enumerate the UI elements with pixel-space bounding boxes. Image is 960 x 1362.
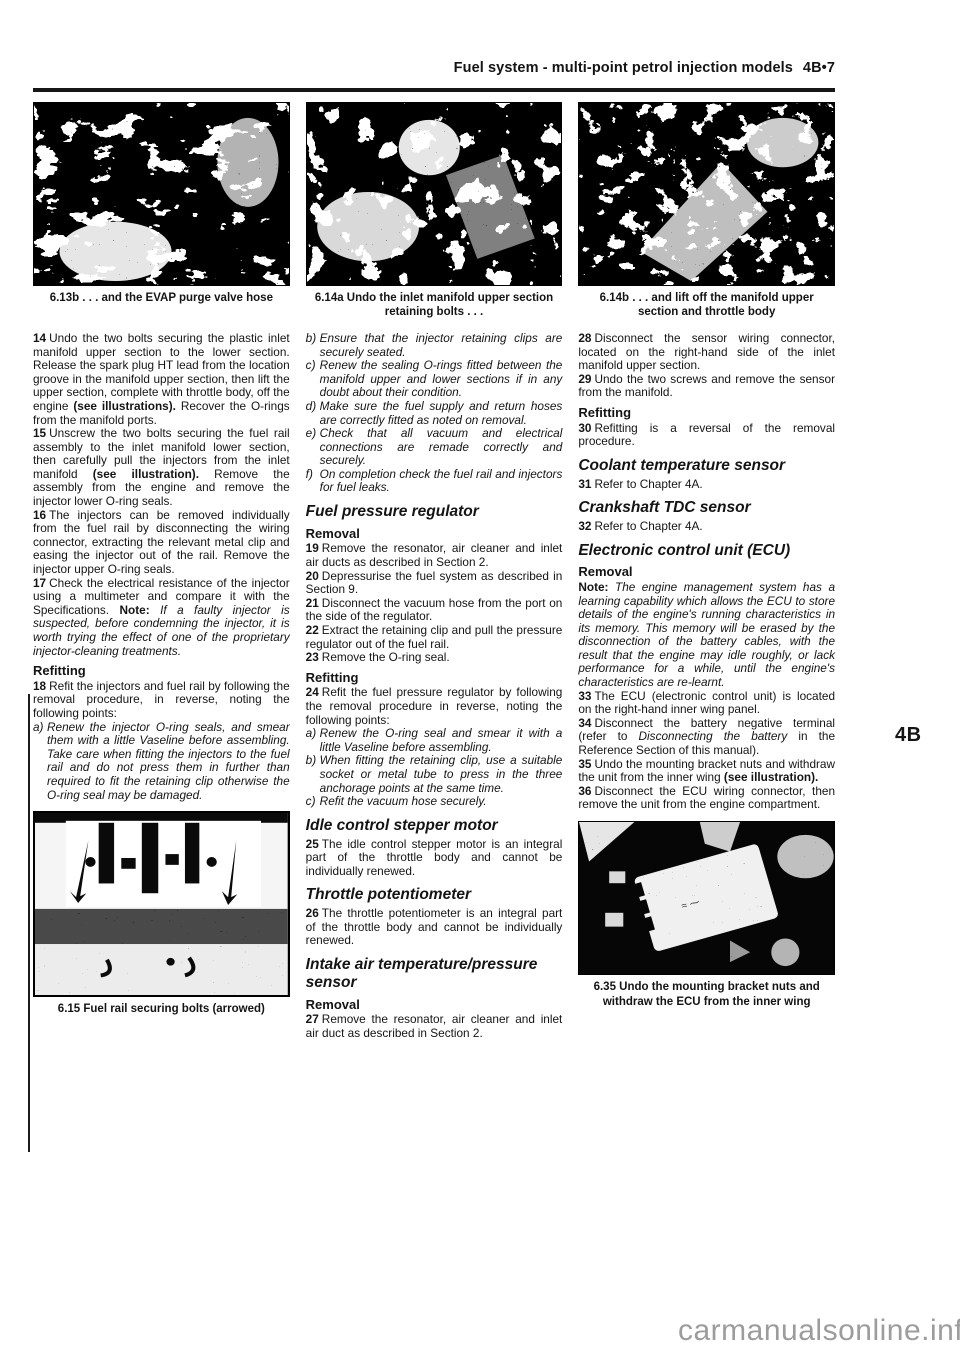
list-text: Renew the injector O-ring seals, and sme…: [47, 721, 290, 803]
para-text: Remove the O-ring seal.: [322, 650, 450, 664]
list-label: b): [306, 754, 320, 795]
para-number: 35: [578, 757, 594, 771]
para-text: Refer to Chapter 4A.: [594, 477, 702, 491]
bold-ref: (see illustration).: [724, 770, 818, 784]
para-27: 27Remove the resonator, air cleaner and …: [306, 1013, 563, 1040]
column-3: 28Disconnect the sensor wiring connector…: [578, 332, 835, 1040]
para-text: Remove the resonator, air cleaner and in…: [306, 1012, 563, 1040]
figure-615: 6.15 Fuel rail securing bolts (arrowed): [33, 811, 290, 1017]
para-text: The idle control stepper motor is an int…: [306, 837, 563, 878]
para-23: 23Remove the O-ring seal.: [306, 651, 563, 665]
heading-idle-control-stepper-motor: Idle control stepper motor: [306, 817, 563, 835]
para-text: Disconnect the ECU wiring connector, the…: [578, 784, 835, 812]
list-item-e: e)Check that all vacuum and electrical c…: [306, 427, 563, 468]
list-text: Refit the vacuum hose securely.: [320, 795, 563, 809]
para-34: 34Disconnect the battery negative termin…: [578, 717, 835, 758]
subheading-refitting: Refitting: [578, 406, 835, 420]
list-item-a: a)Renew the injector O-ring seals, and s…: [33, 721, 290, 803]
heading-fuel-pressure-regulator: Fuel pressure regulator: [306, 503, 563, 521]
para-number: 17: [33, 576, 49, 590]
para-number: 23: [306, 650, 322, 664]
list-label: b): [306, 332, 320, 359]
figure-613b: 6.13b . . . and the EVAP purge valve hos…: [33, 102, 290, 320]
para-number: 20: [306, 569, 322, 583]
subheading-removal: Removal: [306, 998, 563, 1012]
list-text: Make sure the fuel supply and return hos…: [320, 400, 563, 427]
list-text: When fitting the retaining clip, use a s…: [320, 754, 563, 795]
para-number: 26: [306, 906, 322, 920]
heading-throttle-potentiometer: Throttle potentiometer: [306, 886, 563, 904]
list-label: d): [306, 400, 320, 427]
para-text: Undo the two screws and remove the senso…: [578, 372, 835, 400]
header-rule: [33, 88, 835, 92]
para-16: 16The injectors can be removed individua…: [33, 509, 290, 577]
para-number: 14: [33, 331, 49, 345]
para-17: 17Check the electrical resistance of the…: [33, 577, 290, 659]
para-18: 18Refit the injectors and fuel rail by f…: [33, 680, 290, 721]
column-1: 14Undo the two bolts securing the plasti…: [33, 332, 290, 1040]
para-text: The injectors can be removed individuall…: [33, 508, 290, 576]
para-21: 21Disconnect the vacuum hose from the po…: [306, 597, 563, 624]
list-item-b: b)When fitting the retaining clip, use a…: [306, 754, 563, 795]
list-text: Renew the sealing O-rings fitted between…: [320, 359, 563, 400]
caption-635: 6.35 Undo the mounting bracket nuts and …: [578, 980, 835, 1009]
para-26: 26The throttle potentiometer is an integ…: [306, 907, 563, 948]
manual-page: Fuel system - multi-point petrol injecti…: [33, 0, 835, 1040]
list-item-a: a)Renew the O-ring seal and smear it wit…: [306, 727, 563, 754]
para-15: 15Unscrew the two bolts securing the fue…: [33, 427, 290, 509]
para-text: Refit the fuel pressure regulator by fol…: [306, 685, 563, 726]
column-2: b)Ensure that the injector retaining cli…: [306, 332, 563, 1040]
heading-electronic-control-unit: Electronic control unit (ECU): [578, 542, 835, 560]
bold-ref: (see illustration).: [93, 467, 199, 481]
photo-manifold-lift-off: [578, 102, 835, 286]
subheading-removal: Removal: [578, 565, 835, 579]
para-number: 30: [578, 421, 594, 435]
para-text: Extract the retaining clip and pull the …: [306, 623, 563, 651]
text-columns: 14Undo the two bolts securing the plasti…: [33, 332, 835, 1040]
list-item-f: f)On completion check the fuel rail and …: [306, 468, 563, 495]
para-19: 19Remove the resonator, air cleaner and …: [306, 542, 563, 569]
para-number: 18: [33, 679, 49, 693]
para-number: 32: [578, 519, 594, 533]
top-photo-row: 6.13b . . . and the EVAP purge valve hos…: [33, 102, 835, 320]
page-number: 4B•7: [793, 60, 835, 76]
subheading-refitting: Refitting: [306, 671, 563, 685]
section-tab: 4B: [895, 724, 922, 747]
para-number: 19: [306, 541, 322, 555]
photo-ecu-removal: ≈ ⁓: [578, 821, 835, 975]
para-30: 30Refitting is a reversal of the removal…: [578, 422, 835, 449]
para-20: 20Depressurise the fuel system as descri…: [306, 570, 563, 597]
bold-ref: (see illustrations).: [73, 399, 176, 413]
photo-evap-purge-valve: [33, 102, 290, 286]
note-ecu: Note: The engine management system has a…: [578, 581, 835, 690]
list-label: f): [306, 468, 320, 495]
list-label: e): [306, 427, 320, 468]
para-number: 28: [578, 331, 594, 345]
caption-614a: 6.14a Undo the inlet manifold upper sect…: [306, 291, 563, 320]
figure-635: ≈ ⁓ 6.35 Undo the mounting bracket nuts …: [578, 821, 835, 1009]
para-number: 29: [578, 372, 594, 386]
para-29: 29Undo the two screws and remove the sen…: [578, 373, 835, 400]
list-item-c: c)Refit the vacuum hose securely.: [306, 795, 563, 809]
italic-ref: Disconnecting the battery: [639, 729, 788, 743]
figure-614a: 6.14a Undo the inlet manifold upper sect…: [306, 102, 563, 320]
para-number: 21: [306, 596, 322, 610]
figure-614b: 6.14b . . . and lift off the manifold up…: [578, 102, 835, 320]
para-number: 33: [578, 689, 594, 703]
para-text: Disconnect the sensor wiring connector, …: [578, 331, 835, 372]
para-number: 16: [33, 508, 49, 522]
heading-coolant-temperature-sensor: Coolant temperature sensor: [578, 457, 835, 475]
para-33: 33The ECU (electronic control unit) is l…: [578, 690, 835, 717]
list-text: Check that all vacuum and electrical con…: [320, 427, 563, 468]
caption-614b: 6.14b . . . and lift off the manifold up…: [578, 291, 835, 320]
para-text: The throttle potentiometer is an integra…: [306, 906, 563, 947]
para-text: Depressurise the fuel system as describe…: [306, 569, 563, 597]
para-number: 25: [306, 837, 322, 851]
para-number: 27: [306, 1012, 322, 1026]
para-25: 25The idle control stepper motor is an i…: [306, 838, 563, 879]
para-text: Remove the resonator, air cleaner and in…: [306, 541, 563, 569]
para-14: 14Undo the two bolts securing the plasti…: [33, 332, 290, 427]
watermark-text: carmanualsonline.info: [678, 1314, 960, 1348]
list-label: a): [33, 721, 47, 803]
page-header: Fuel system - multi-point petrol injecti…: [33, 60, 835, 76]
list-item-b: b)Ensure that the injector retaining cli…: [306, 332, 563, 359]
para-22: 22Extract the retaining clip and pull th…: [306, 624, 563, 651]
page-edge-line: [28, 694, 30, 1152]
para-32: 32Refer to Chapter 4A.: [578, 520, 835, 534]
para-number: 15: [33, 426, 49, 440]
subheading-refitting: Refitting: [33, 664, 290, 678]
para-31: 31Refer to Chapter 4A.: [578, 478, 835, 492]
list-item-c: c)Renew the sealing O-rings fitted betwe…: [306, 359, 563, 400]
caption-613b: 6.13b . . . and the EVAP purge valve hos…: [33, 291, 290, 306]
para-text: The ECU (electronic control unit) is loc…: [578, 689, 835, 717]
para-number: 22: [306, 623, 322, 637]
para-text: Refitting is a reversal of the removal p…: [578, 421, 835, 449]
note-label: Note:: [578, 580, 615, 594]
list-text: On completion check the fuel rail and in…: [320, 468, 563, 495]
list-item-d: d)Make sure the fuel supply and return h…: [306, 400, 563, 427]
para-number: 34: [578, 716, 594, 730]
note-text: The engine management system has a learn…: [578, 580, 835, 689]
para-24: 24Refit the fuel pressure regulator by f…: [306, 686, 563, 727]
para-35: 35Undo the mounting bracket nuts and wit…: [578, 758, 835, 785]
para-number: 36: [578, 784, 594, 798]
para-text: Disconnect the vacuum hose from the port…: [306, 596, 563, 624]
list-text: Ensure that the injector retaining clips…: [320, 332, 563, 359]
photo-manifold-bolts: [306, 102, 563, 286]
list-label: c): [306, 795, 320, 809]
heading-crankshaft-tdc-sensor: Crankshaft TDC sensor: [578, 499, 835, 517]
subheading-removal: Removal: [306, 527, 563, 541]
para-number: 31: [578, 477, 594, 491]
list-label: c): [306, 359, 320, 400]
para-text: Refit the injectors and fuel rail by fol…: [33, 679, 290, 720]
caption-615: 6.15 Fuel rail securing bolts (arrowed): [33, 1002, 290, 1017]
list-text: Renew the O-ring seal and smear it with …: [320, 727, 563, 754]
heading-intake-air-sensor: Intake air temperature/pressure sensor: [306, 956, 563, 992]
note-label: Note:: [120, 603, 161, 617]
para-text: Refer to Chapter 4A.: [594, 519, 702, 533]
page-header-title: Fuel system - multi-point petrol injecti…: [454, 60, 793, 76]
para-28: 28Disconnect the sensor wiring connector…: [578, 332, 835, 373]
photo-fuel-rail-bolts: [33, 811, 290, 997]
para-36: 36Disconnect the ECU wiring connector, t…: [578, 785, 835, 812]
para-number: 24: [306, 685, 322, 699]
list-label: a): [306, 727, 320, 754]
